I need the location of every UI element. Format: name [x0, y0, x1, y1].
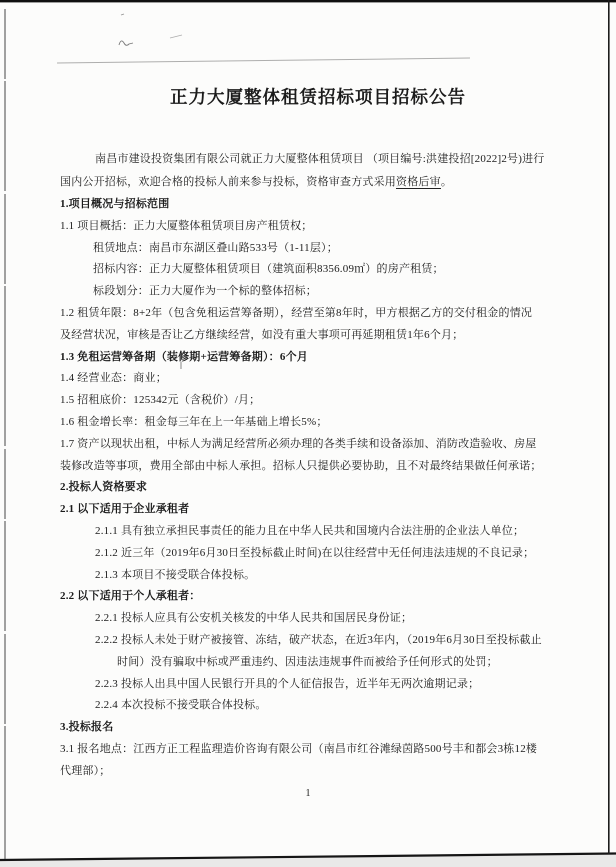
- underlined-text: 资格后审: [396, 176, 441, 189]
- sub-section-heading: 2.1 以下适用于企业承租者: [60, 499, 562, 521]
- scan-fold-line: [57, 58, 470, 63]
- text-line: 2.1.2 近三年（2019年6月30日至投标截止时间)在以往经营中无任何违法违…: [60, 543, 562, 565]
- handwriting-mark: [119, 41, 133, 45]
- text-line: 1.4 经营业态：商业；: [60, 368, 562, 390]
- text-line: 1.2 租赁年限：8+2年（包含免租运营筹备期），经营至第8年时，甲方根据乙方的…: [60, 303, 562, 325]
- document-body: 1.项目概况与招标范围 1.1 项目概括：正力大厦整体租赁项目房产租赁权； 租赁…: [60, 194, 562, 783]
- text-line: 代理部）；: [60, 761, 562, 783]
- scan-edge-bottom: [0, 854, 616, 861]
- text-line: 2.2.2 投标人未处于财产被接管、冻结，破产状态，在近3年内，（2019年6月…: [60, 630, 562, 652]
- section-heading: 1.项目概况与招标范围: [60, 194, 562, 216]
- intro-paragraph: 南昌市建设投资集团有限公司就正力大厦整体租赁项目 （项目编号:洪建投招[2022…: [60, 148, 560, 194]
- handwriting-mark: [170, 35, 182, 38]
- scan-edge-top: [0, 0, 616, 2]
- text-line: 2.2.3 投标人出具中国人民银行开具的个人征信报告，近半年无两次逾期记录；: [60, 674, 562, 696]
- handwriting-mark: [121, 14, 124, 15]
- document-title: 正力大厦整体租赁招标项目招标公告: [10, 86, 616, 108]
- text-line: 及经营状况，审核是否让乙方继续经营，如没有重大事项可再延期租赁1年6个月；: [60, 325, 562, 347]
- scan-background-bottom: [0, 854, 616, 867]
- text-line: 1.7 资产以现状出租，中标人为满足经营所必须办理的各类手续和设备添加、消防改造…: [60, 434, 562, 456]
- sub-section-heading: 2.2 以下适用于个人承租者：: [60, 586, 562, 608]
- text-line: 标段划分：正力大厦作为一个标的整体招标；: [60, 281, 562, 303]
- text-line: 租赁地点：南昌市东湖区叠山路533号（1-11层）；: [60, 238, 562, 260]
- section-heading: 2.投标人资格要求: [60, 477, 562, 499]
- section-heading: 3.投标报名: [60, 717, 562, 739]
- text-line: 1.5 招租底价：125342元（含税价）/月；: [60, 390, 562, 412]
- text-line: 2.2.1 投标人应具有公安机关核发的中华人民共和国居民身份证；: [60, 608, 562, 630]
- text-line: 1.6 租金增长率：租金每三年在上一年基础上增长5%；: [60, 412, 562, 434]
- scanned-document-page: 正力大厦整体租赁招标项目招标公告 南昌市建设投资集团有限公司就正力大厦整体租赁项…: [0, 0, 616, 867]
- text-line: 2.1.1 具有独立承担民事责任的能力且在中华人民共和国境内合法注册的企业法人单…: [60, 521, 562, 543]
- intro-line: 国内公开招标，欢迎合格的投标人前来参与投标，资格审查方式采用资格后审。: [60, 171, 560, 194]
- text-line: 3.1 报名地点：江西方正工程监理造价咨询有限公司（南昌市红谷滩绿茵路500号丰…: [60, 739, 562, 761]
- text-line: 时间）没有骗取中标或严重违约、因违法违规事件而被给予任何形式的处罚；: [60, 652, 562, 674]
- text-line: 1.1 项目概括：正力大厦整体租赁项目房产租赁权；: [60, 216, 562, 238]
- text-line: 招标内容：正力大厦整体租赁项目（建筑面积8356.09㎡）的房产租赁；: [60, 259, 562, 281]
- intro-text: 。: [441, 176, 452, 188]
- intro-line: 南昌市建设投资集团有限公司就正力大厦整体租赁项目 （项目编号:洪建投招[2022…: [60, 148, 560, 171]
- page-number: 1: [0, 788, 616, 799]
- intro-text: 国内公开招标，欢迎合格的投标人前来参与投标，资格审查方式采用: [60, 176, 396, 188]
- text-line: 2.2.4 本次投标不接受联合体投标。: [60, 695, 562, 717]
- text-line: 2.1.3 本项目不接受联合体投标。: [60, 565, 562, 587]
- text-line: 装修改造等事项，费用全部由中标人承担。招标人只提供必要协助，且不对最终结果做任何…: [60, 456, 562, 478]
- text-line: 1.3 免租运营筹备期（装修期+运营筹备期）：6个月: [60, 347, 562, 369]
